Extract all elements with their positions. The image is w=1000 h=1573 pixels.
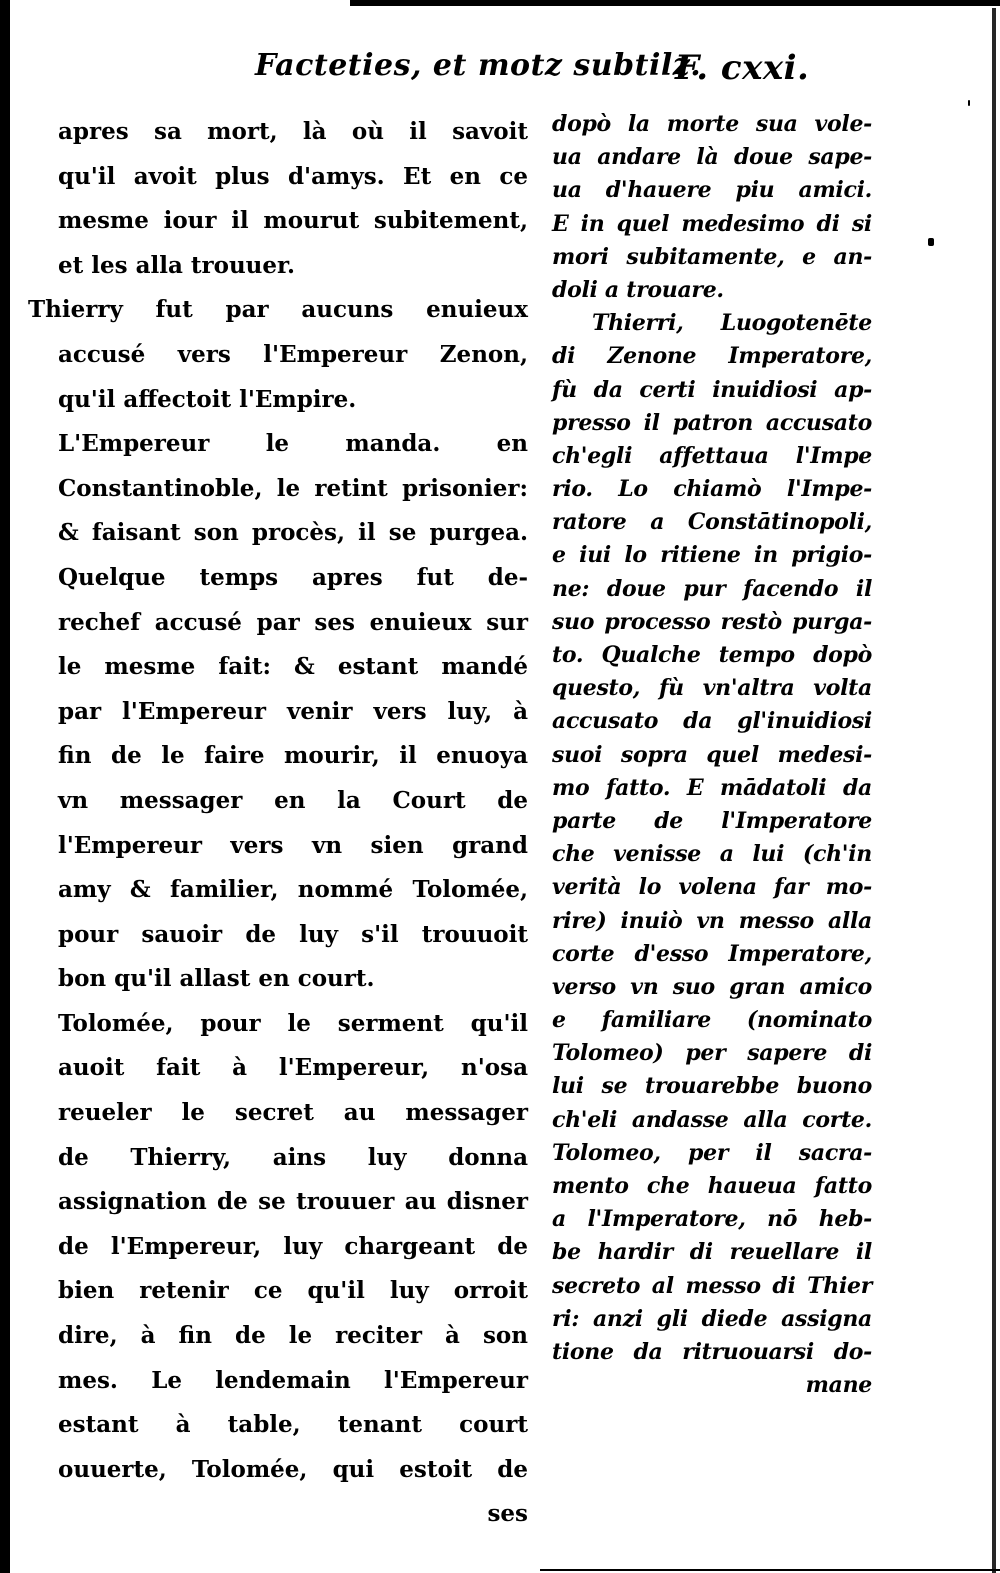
text-line: ch'egli affettaua l'Impe <box>552 440 872 473</box>
text-line: E in quel medesimo di si <box>552 208 872 241</box>
scan-edge-top <box>350 0 1000 6</box>
text-line: auoit fait à l'Empereur, n'osa <box>58 1046 528 1091</box>
text-line: reueler le secret au messager <box>58 1091 528 1136</box>
running-head-title: Facteties, et motz subtilz. <box>255 48 701 83</box>
text-line: di Zenone Imperatore, <box>552 340 872 373</box>
text-line: l'Empereur vers vn sien grand <box>58 824 528 869</box>
text-line: amy & familier, nommé Tolomée, <box>58 868 528 913</box>
text-line: fin de le faire mourir, il enuoya <box>58 734 528 779</box>
text-line: L'Empereur le manda. en <box>58 422 528 467</box>
text-line: & faisant son procès, il se purgea. <box>58 511 528 556</box>
text-line: apres sa mort, là où il savoit <box>58 110 528 155</box>
text-line: par l'Empereur venir vers luy, à <box>58 690 528 735</box>
text-line: bon qu'il allast en court. <box>58 957 528 1002</box>
text-line: dopò la morte sua vole- <box>552 108 872 141</box>
text-line: Constantinoble, le retint prisonier: <box>58 467 528 512</box>
text-line: Tolomeo, per il sacra- <box>552 1137 872 1170</box>
text-line: vn messager en la Court de <box>58 779 528 824</box>
text-line: tione da ritruouarsi do- <box>552 1336 872 1369</box>
text-line: ua d'hauere piu amici. <box>552 174 872 207</box>
text-line: ratore a Constātinopoli, <box>552 506 872 539</box>
text-line: verità lo volena far mo- <box>552 871 872 904</box>
text-line: mes. Le lendemain l'Empereur <box>58 1359 528 1404</box>
text-line: e iui lo ritiene in prigio- <box>552 539 872 572</box>
text-line: rire) inuiò vn messo alla <box>552 905 872 938</box>
text-line: assignation de se trouuer au disner <box>58 1180 528 1225</box>
text-line: e familiare (nominato <box>552 1004 872 1037</box>
italian-column: dopò la morte sua vole-ua andare là doue… <box>552 108 872 1402</box>
text-line: Quelque temps apres fut de- <box>58 556 528 601</box>
text-line: Thierri, Luogotenēte <box>552 307 872 340</box>
text-line: presso il patron accusato <box>552 407 872 440</box>
text-line: fù da certi inuidiosi ap- <box>552 374 872 407</box>
text-line: lui se trouarebbe buono <box>552 1070 872 1103</box>
text-line: accusé vers l'Empereur Zenon, <box>58 333 528 378</box>
text-line: Tolomeo) per sapere di <box>552 1037 872 1070</box>
text-line: suoi sopra quel medesi- <box>552 739 872 772</box>
text-line: mesme iour il mourut subitement, <box>58 199 528 244</box>
text-line: pour sauoir de luy s'il trouuoit <box>58 913 528 958</box>
text-line: ne: doue pur facendo il <box>552 573 872 606</box>
text-line: mori subitamente, e an- <box>552 241 872 274</box>
text-line: ua andare là doue sape- <box>552 141 872 174</box>
scan-edge-left <box>0 0 10 1573</box>
text-line: secreto al messo di Thier <box>552 1270 872 1303</box>
text-line: bien retenir ce qu'il luy orroit <box>58 1269 528 1314</box>
scan-edge-right <box>992 8 996 1573</box>
text-line: qu'il affectoit l'Empire. <box>58 378 528 423</box>
text-line: mento che haueua fatto <box>552 1170 872 1203</box>
text-line: Thierry fut par aucuns enuieux <box>28 288 528 333</box>
text-line: qu'il avoit plus d'amys. Et en ce <box>58 155 528 200</box>
text-line: de l'Empereur, luy chargeant de <box>58 1225 528 1270</box>
catchword: mane <box>552 1369 872 1402</box>
text-line: che venisse a lui (ch'in <box>552 838 872 871</box>
text-line: be hardir di reuellare il <box>552 1236 872 1269</box>
text-line: le mesme fait: & estant mandé <box>58 645 528 690</box>
text-line: mo fatto. E mādatoli da <box>552 772 872 805</box>
text-line: et les alla trouuer. <box>58 244 528 289</box>
french-column: apres sa mort, là où il savoitqu'il avoi… <box>58 110 528 1537</box>
scanned-page: Facteties, et motz subtilz. F. cxxi. apr… <box>0 0 1000 1573</box>
catchword: ses <box>58 1492 528 1537</box>
text-line: de Thierry, ains luy donna <box>58 1136 528 1181</box>
text-line: accusato da gl'inuidiosi <box>552 705 872 738</box>
text-line: rio. Lo chiamò l'Impe- <box>552 473 872 506</box>
text-line: verso vn suo gran amico <box>552 971 872 1004</box>
text-line: parte de l'Imperatore <box>552 805 872 838</box>
text-line: rechef accusé par ses enuieux sur <box>58 601 528 646</box>
text-line: doli a trouare. <box>552 274 872 307</box>
text-line: ri: anzi gli diede assigna <box>552 1303 872 1336</box>
text-line: dire, à fin de le reciter à son <box>58 1314 528 1359</box>
text-line: questo, fù vn'altra volta <box>552 672 872 705</box>
ink-speck <box>968 100 970 106</box>
text-line: a l'Imperatore, nō heb- <box>552 1203 872 1236</box>
scan-edge-bottom <box>540 1569 1000 1571</box>
folio-number: F. cxxi. <box>675 48 809 88</box>
text-line: ch'eli andasse alla corte. <box>552 1104 872 1137</box>
running-head: Facteties, et motz subtilz. F. cxxi. <box>255 48 895 98</box>
text-line: suo processo restò purga- <box>552 606 872 639</box>
text-line: corte d'esso Imperatore, <box>552 938 872 971</box>
text-line: ouuerte, Tolomée, qui estoit de <box>58 1448 528 1493</box>
text-line: to. Qualche tempo dopò <box>552 639 872 672</box>
text-line: Tolomée, pour le serment qu'il <box>58 1002 528 1047</box>
ink-speck <box>928 238 934 246</box>
text-line: estant à table, tenant court <box>58 1403 528 1448</box>
